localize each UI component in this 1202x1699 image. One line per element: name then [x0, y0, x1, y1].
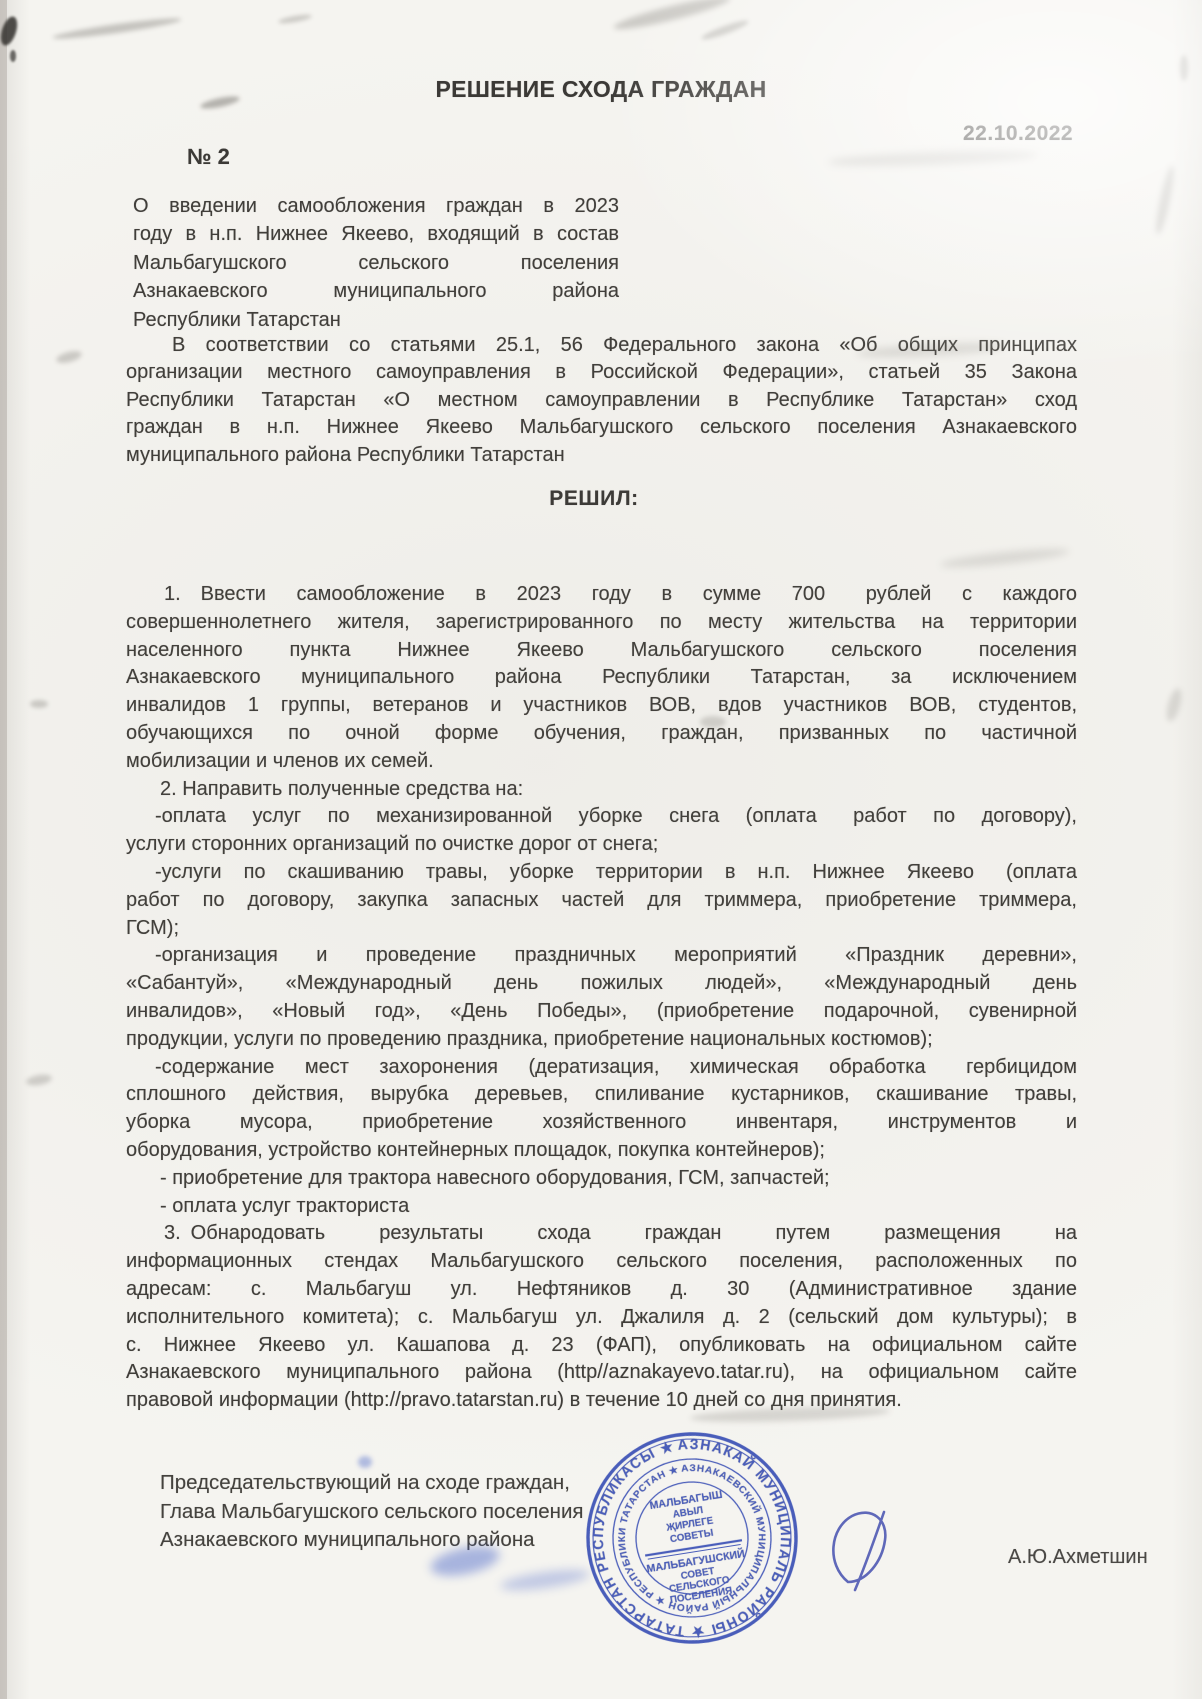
- bullet-line: продукции, услуги по проведению праздник…: [126, 1026, 1077, 1054]
- preamble-line: муниципального района Республики Татарст…: [126, 442, 1077, 469]
- item2-heading: 2. Направить полученные средства на:: [126, 776, 1077, 804]
- signature-block: Председательствующий на сходе граждан, Г…: [160, 1469, 584, 1555]
- bullet-line: инвалидов», «Новый год», «День Победы», …: [126, 998, 1077, 1026]
- bullet-line: «Сабантуй», «Международный день пожилых …: [126, 970, 1077, 998]
- item3-line: правовой информации (http://pravo.tatars…: [126, 1387, 1077, 1415]
- resolved-heading: РЕШИЛ:: [0, 487, 1188, 511]
- scan-artifact: [700, 18, 750, 43]
- item3-line: 3. Обнародовать результаты схода граждан…: [126, 1220, 1077, 1248]
- item1-line: Азнакаевского муниципального района Респ…: [126, 664, 1077, 692]
- scan-artifact: [828, 148, 1038, 168]
- bullet-line: - приобретение для трактора навесного об…: [126, 1165, 1077, 1193]
- subject-line: Азнакаевского муниципального района: [133, 277, 619, 305]
- item3-line: адресам: с. Мальбагуш ул. Нефтяников д. …: [126, 1276, 1077, 1304]
- item3-line: Азнакаевского муниципального района (htt…: [126, 1359, 1077, 1387]
- bullet-line: услуги сторонних организаций по очистке …: [126, 831, 1077, 859]
- document-number: № 2: [187, 144, 230, 170]
- scan-artifact: [1180, 55, 1188, 81]
- document-subject: О введении самообложения граждан в 2023 …: [133, 192, 619, 334]
- item1-line: инвалидов 1 группы, ветеранов и участник…: [126, 692, 1077, 720]
- scan-artifact: [10, 50, 16, 62]
- item1-line: 1. Ввести самообложение в 2023 году в су…: [126, 581, 1077, 609]
- scan-artifact: [700, 716, 726, 728]
- bullet-line: уборка мусора, приобретение хозяйственно…: [126, 1109, 1077, 1137]
- bullet-line: -содержание мест захоронения (дератизаци…: [126, 1054, 1077, 1082]
- scan-artifact: [1153, 165, 1177, 236]
- item3-line: исполнительного комитета); с. Мальбагуш …: [126, 1304, 1077, 1332]
- preamble-line: организации местного самоуправления в Ро…: [126, 359, 1077, 386]
- scan-artifact: [1164, 687, 1184, 723]
- scanned-document-page: РЕШЕНИЕ СХОДА ГРАЖДАН № 2 22.10.2022 О в…: [0, 0, 1202, 1699]
- subject-line: О введении самообложения граждан в 2023: [133, 192, 619, 220]
- subject-line: Мальбагушского сельского поселения: [133, 249, 619, 277]
- signature-title-line: Глава Мальбагушского сельского поселения: [160, 1498, 584, 1527]
- subject-line: Республики Татарстан: [133, 306, 619, 334]
- document-title: РЕШЕНИЕ СХОДА ГРАЖДАН: [0, 76, 1202, 103]
- scan-edge-shadow: [0, 0, 7, 1699]
- scan-artifact: [30, 700, 48, 708]
- item1-line: обучающихся по очной форме обучения, гра…: [126, 720, 1077, 748]
- bullet-line: ГСМ);: [126, 915, 1077, 943]
- scan-artifact: [25, 1073, 52, 1087]
- document-date: 22.10.2022: [963, 122, 1073, 146]
- item1-line: населенного пункта Нижнее Якеево Мальбаг…: [126, 637, 1077, 665]
- bullet-line: сплошного действия, вырубка деревьев, сп…: [126, 1081, 1077, 1109]
- signature-title-line: Председательствующий на сходе граждан,: [160, 1469, 584, 1498]
- bullet-line: - оплата услуг тракториста: [126, 1193, 1077, 1221]
- item3-line: с. Нижнее Якеево ул. Кашапова д. 23 (ФАП…: [126, 1332, 1077, 1360]
- resolution-body: 1. Ввести самообложение в 2023 году в су…: [126, 581, 1077, 1415]
- handwritten-signature: [818, 1502, 918, 1602]
- preamble-line: граждан в н.п. Нижнее Якеево Мальбагушск…: [126, 414, 1077, 441]
- ink-smudge: [499, 1566, 590, 1594]
- ink-smudge: [358, 1456, 372, 1468]
- signature-title-line: Азнакаевского муниципального района: [160, 1526, 584, 1555]
- bullet-line: -услуги по скашиванию травы, уборке терр…: [126, 859, 1077, 887]
- scan-artifact: [52, 15, 182, 42]
- official-stamp: АЗНАКАЙ МУНИЦИПАЛЬ РАЙОНЫ ★ ТАТАРСТАН РЕ…: [570, 1416, 815, 1661]
- bullet-line: работ по договору, закупка запасных част…: [126, 887, 1077, 915]
- item3-line: информационных стендах Мальбагушского се…: [126, 1248, 1077, 1276]
- signer-name: А.Ю.Ахметшин: [1008, 1546, 1148, 1569]
- scan-artifact: [55, 349, 83, 365]
- bullet-line: -оплата услуг по механизированной уборке…: [126, 803, 1077, 831]
- preamble-line: Республики Татарстан «О местном самоупра…: [126, 387, 1077, 414]
- scan-artifact: [940, 545, 1071, 571]
- bullet-line: оборудования, устройство контейнерных пл…: [126, 1137, 1077, 1165]
- subject-line: году в н.п. Нижнее Якеево, входящий в со…: [133, 220, 619, 248]
- scan-artifact: [278, 13, 313, 25]
- item1-line: мобилизации и членов их семей.: [126, 748, 1077, 776]
- bullet-line: -организация и проведение праздничных ме…: [126, 942, 1077, 970]
- item1-line: совершеннолетнего жителя, зарегистрирова…: [126, 609, 1077, 637]
